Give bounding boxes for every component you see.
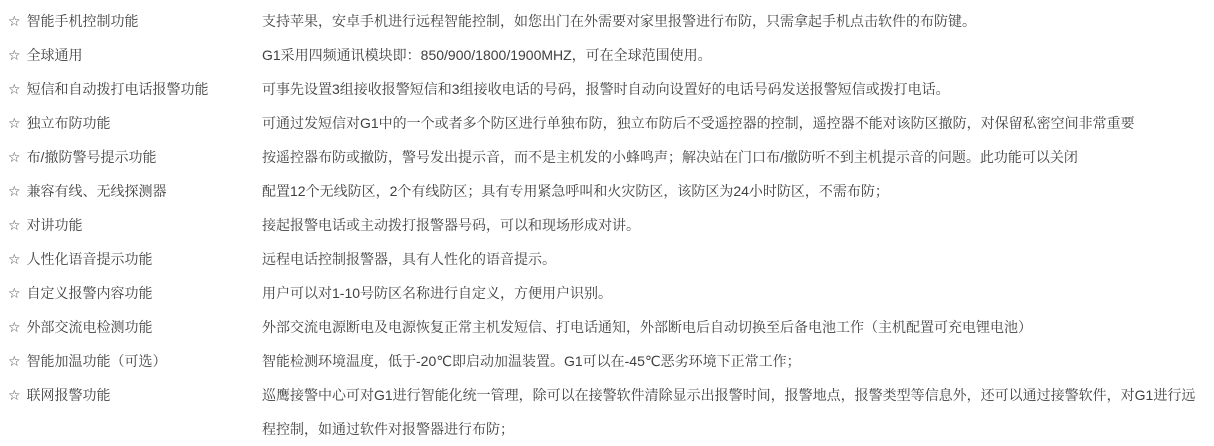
feature-name: ☆智能手机控制功能 — [8, 4, 262, 38]
feature-label: 短信和自动拨打电话报警功能 — [27, 81, 209, 97]
feature-name: ☆全球通用 — [8, 38, 262, 72]
feature-description: 外部交流电源断电及电源恢复正常主机发短信、打电话通知，外部断电后自动切换至后备电… — [262, 310, 1208, 344]
feature-label: 独立布防功能 — [27, 115, 111, 131]
star-icon: ☆ — [8, 276, 21, 310]
feature-description: 可通过发短信对G1中的一个或者多个防区进行单独布防，独立布防后不受遥控器的控制，… — [262, 106, 1208, 140]
product-feature-page: ☆智能手机控制功能 支持苹果，安卓手机进行远程智能控制，如您出门在外需要对家里报… — [0, 0, 1214, 446]
star-icon: ☆ — [8, 174, 21, 208]
feature-name: ☆智能加温功能（可选） — [8, 344, 262, 378]
feature-label: 兼容有线、无线探测器 — [27, 183, 167, 199]
feature-row: ☆联网报警功能 巡鹰接警中心可对G1进行智能化统一管理，除可以在接警软件清除显示… — [8, 378, 1208, 446]
star-icon: ☆ — [8, 344, 21, 378]
feature-name: ☆短信和自动拨打电话报警功能 — [8, 72, 262, 106]
feature-description: 远程电话控制报警器，具有人性化的语音提示。 — [262, 242, 1208, 276]
feature-name: ☆自定义报警内容功能 — [8, 276, 262, 310]
feature-name: ☆独立布防功能 — [8, 106, 262, 140]
feature-description: 用户可以对1-10号防区名称进行自定义，方便用户识别。 — [262, 276, 1208, 310]
feature-description: 配置12个无线防区，2个有线防区；具有专用紧急呼叫和火灾防区，该防区为24小时防… — [262, 174, 1208, 208]
feature-label: 布/撤防警号提示功能 — [27, 149, 157, 165]
feature-description: 支持苹果，安卓手机进行远程智能控制，如您出门在外需要对家里报警进行布防，只需拿起… — [262, 4, 1208, 38]
feature-label: 自定义报警内容功能 — [27, 285, 153, 301]
feature-row: ☆智能手机控制功能 支持苹果，安卓手机进行远程智能控制，如您出门在外需要对家里报… — [8, 4, 1208, 38]
feature-name: ☆兼容有线、无线探测器 — [8, 174, 262, 208]
feature-name: ☆外部交流电检测功能 — [8, 310, 262, 344]
star-icon: ☆ — [8, 208, 21, 242]
feature-label: 外部交流电检测功能 — [27, 319, 153, 335]
feature-row: ☆智能加温功能（可选） 智能检测环境温度，低于-20℃即启动加温装置。G1可以在… — [8, 344, 1208, 378]
star-icon: ☆ — [8, 38, 21, 72]
feature-label: 联网报警功能 — [27, 387, 111, 403]
star-icon: ☆ — [8, 72, 21, 106]
feature-label: 智能加温功能（可选） — [27, 353, 167, 369]
feature-label: 全球通用 — [27, 47, 83, 63]
feature-row: ☆人性化语音提示功能 远程电话控制报警器，具有人性化的语音提示。 — [8, 242, 1208, 276]
feature-table: ☆智能手机控制功能 支持苹果，安卓手机进行远程智能控制，如您出门在外需要对家里报… — [8, 4, 1208, 446]
feature-name: ☆联网报警功能 — [8, 378, 262, 412]
feature-row: ☆布/撤防警号提示功能 按遥控器布防或撤防，警号发出提示音，而不是主机发的小蜂鸣… — [8, 140, 1208, 174]
feature-label: 对讲功能 — [27, 217, 83, 233]
star-icon: ☆ — [8, 242, 21, 276]
feature-row: ☆独立布防功能 可通过发短信对G1中的一个或者多个防区进行单独布防，独立布防后不… — [8, 106, 1208, 140]
feature-description: 接起报警电话或主动拨打报警器号码，可以和现场形成对讲。 — [262, 208, 1208, 242]
feature-row: ☆短信和自动拨打电话报警功能 可事先设置3组接收报警短信和3组接收电话的号码，报… — [8, 72, 1208, 106]
feature-row: ☆全球通用 G1采用四频通讯模块即：850/900/1800/1900MHZ，可… — [8, 38, 1208, 72]
feature-description: 巡鹰接警中心可对G1进行智能化统一管理，除可以在接警软件清除显示出报警时间，报警… — [262, 378, 1208, 446]
star-icon: ☆ — [8, 378, 21, 412]
feature-row: ☆外部交流电检测功能 外部交流电源断电及电源恢复正常主机发短信、打电话通知，外部… — [8, 310, 1208, 344]
feature-description: 智能检测环境温度，低于-20℃即启动加温装置。G1可以在-45℃恶劣环境下正常工… — [262, 344, 1208, 378]
feature-description: 按遥控器布防或撤防，警号发出提示音，而不是主机发的小蜂鸣声；解决站在门口布/撤防… — [262, 140, 1208, 174]
feature-name: ☆布/撤防警号提示功能 — [8, 140, 262, 174]
feature-row: ☆自定义报警内容功能 用户可以对1-10号防区名称进行自定义，方便用户识别。 — [8, 276, 1208, 310]
feature-name: ☆人性化语音提示功能 — [8, 242, 262, 276]
feature-row: ☆对讲功能 接起报警电话或主动拨打报警器号码，可以和现场形成对讲。 — [8, 208, 1208, 242]
star-icon: ☆ — [8, 140, 21, 174]
star-icon: ☆ — [8, 106, 21, 140]
feature-name: ☆对讲功能 — [8, 208, 262, 242]
feature-label: 人性化语音提示功能 — [27, 251, 153, 267]
feature-label: 智能手机控制功能 — [27, 13, 139, 29]
feature-description: 可事先设置3组接收报警短信和3组接收电话的号码，报警时自动向设置好的电话号码发送… — [262, 72, 1208, 106]
feature-description: G1采用四频通讯模块即：850/900/1800/1900MHZ，可在全球范围使… — [262, 38, 1208, 72]
feature-row: ☆兼容有线、无线探测器 配置12个无线防区，2个有线防区；具有专用紧急呼叫和火灾… — [8, 174, 1208, 208]
star-icon: ☆ — [8, 310, 21, 344]
star-icon: ☆ — [8, 4, 21, 38]
